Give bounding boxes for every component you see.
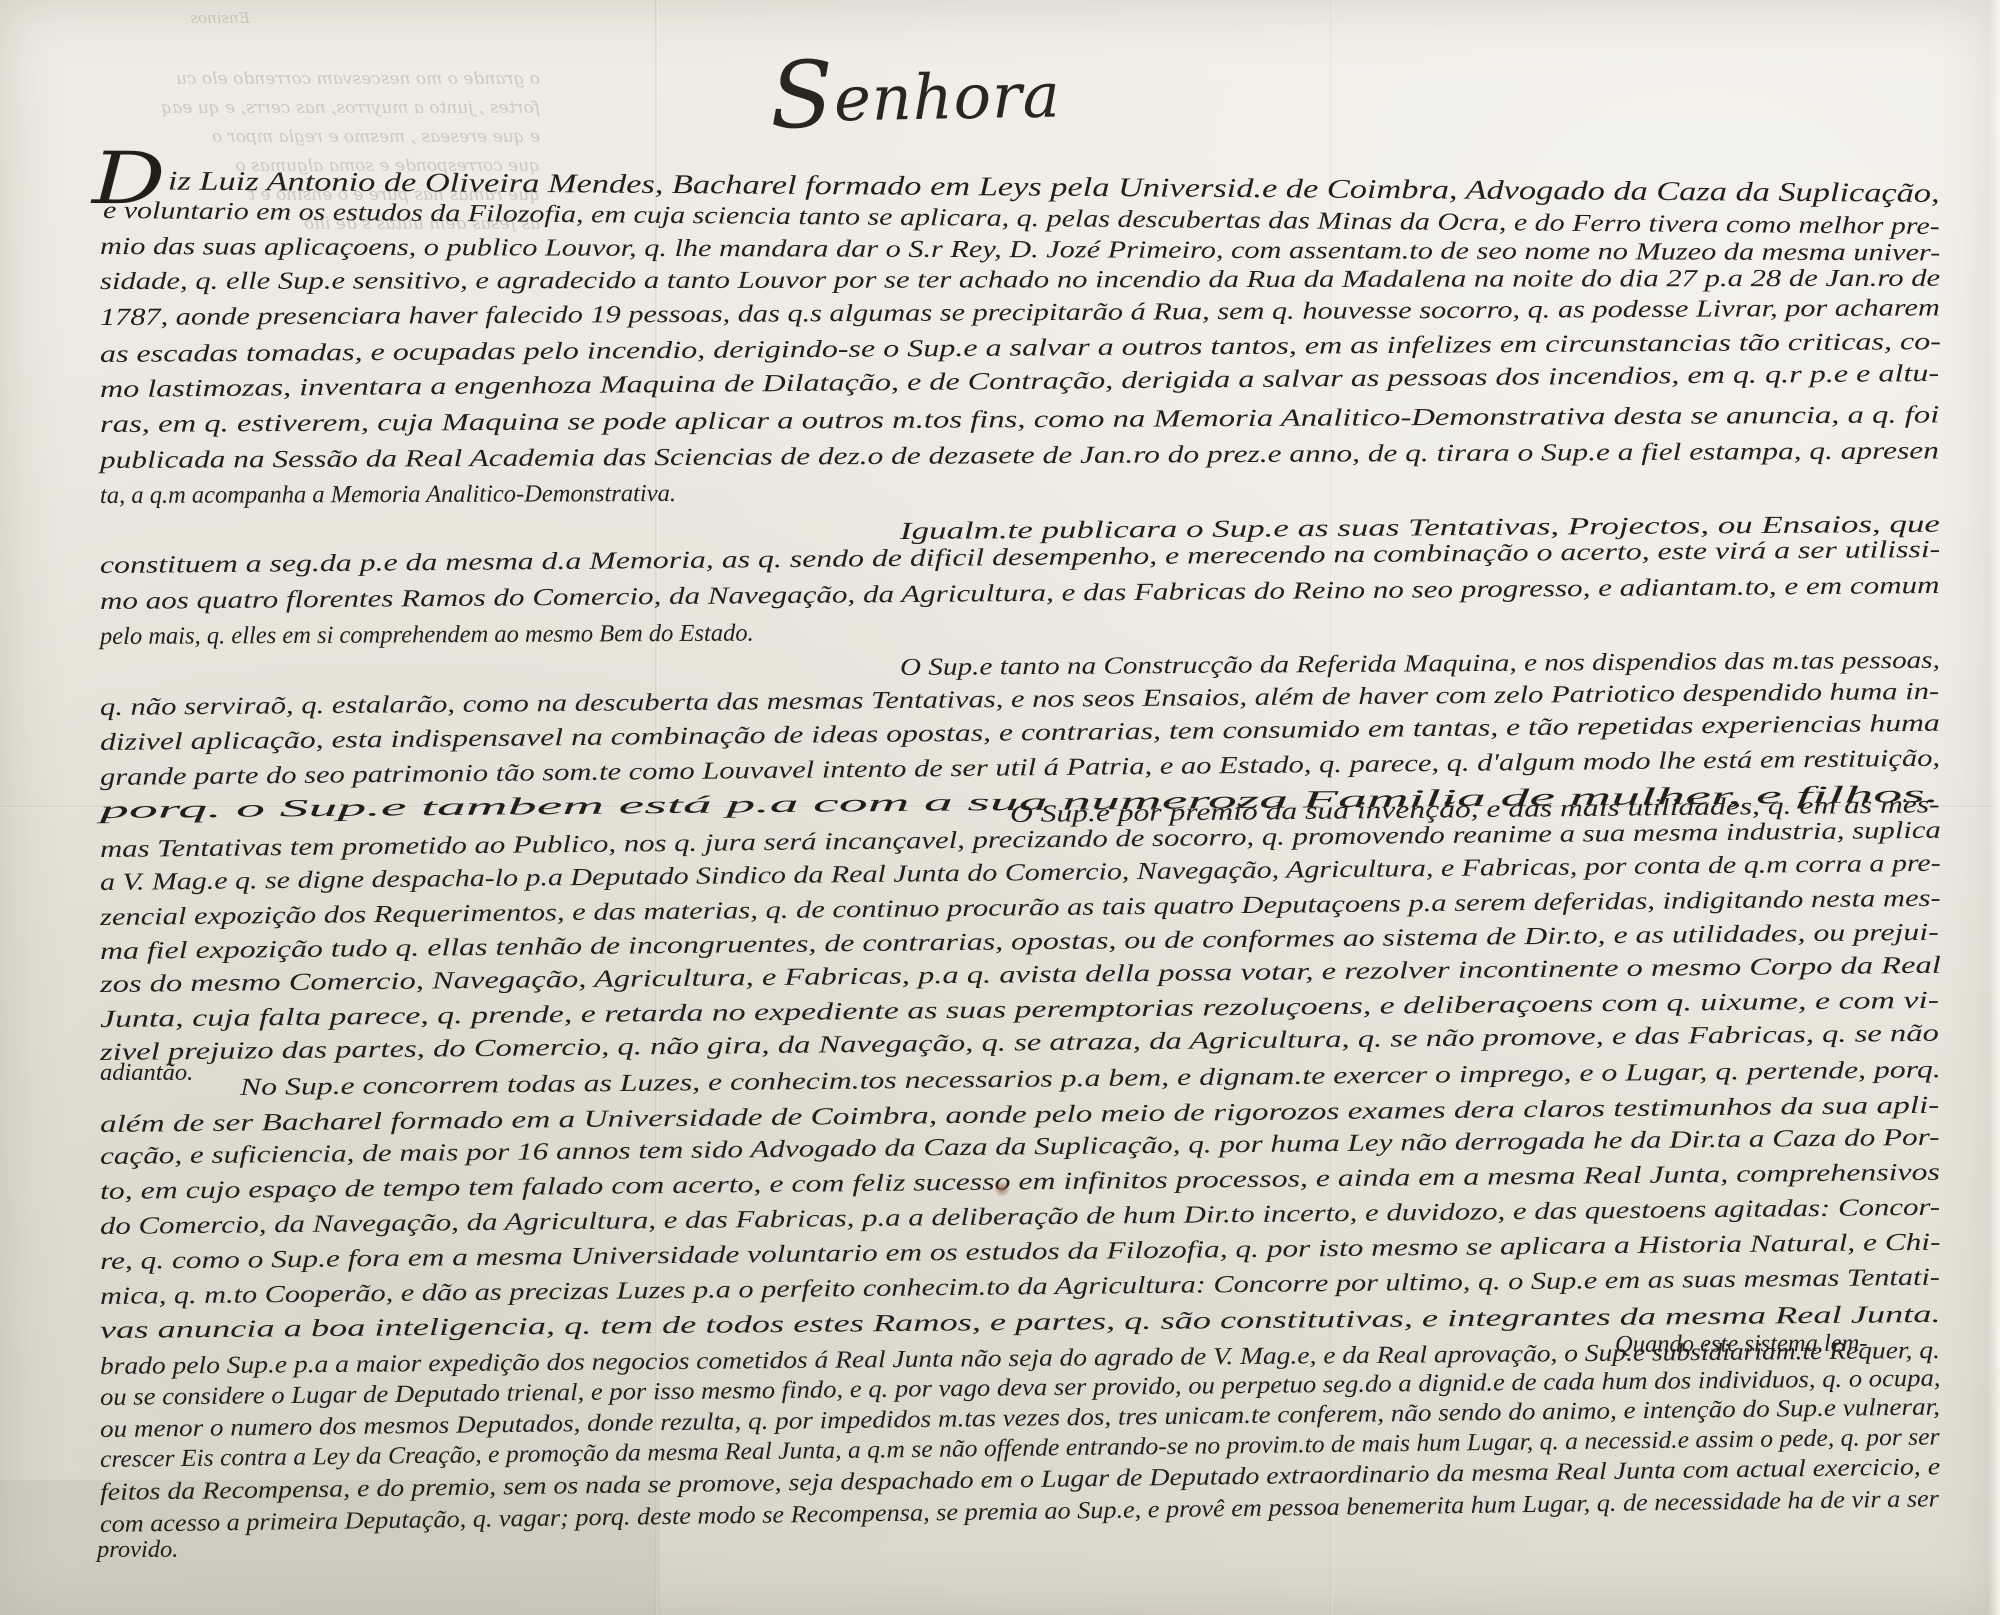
manuscript-line: ras, em q. estiverem, cuja Maquina se po… <box>100 400 1939 440</box>
manuscript-line: sidade, q. elle Sup.e sensitivo, e agrad… <box>100 264 1940 297</box>
ink-blot <box>995 1180 1009 1198</box>
manuscript-line: 1787, aonde presenciara haver falecido 1… <box>100 293 1940 333</box>
manuscript-body: Diz Luiz Antonio de Oliveira Mendes, Bac… <box>0 0 2000 1615</box>
manuscript-page: Ensinos o grande o mo nescesvam correndo… <box>0 0 2000 1615</box>
manuscript-line: provido. <box>97 1535 178 1565</box>
manuscript-line: ta, a q.m acompanha a Memoria Analitico-… <box>100 479 676 511</box>
manuscript-line: publicada na Sessão da Real Academia das… <box>100 436 1939 476</box>
manuscript-line: pelo mais, q. elles em si comprehendem a… <box>100 619 754 652</box>
manuscript-line: adiantão. <box>100 1058 193 1088</box>
manuscript-line: mio das suas aplicaçoens, o publico Louv… <box>100 232 1940 268</box>
